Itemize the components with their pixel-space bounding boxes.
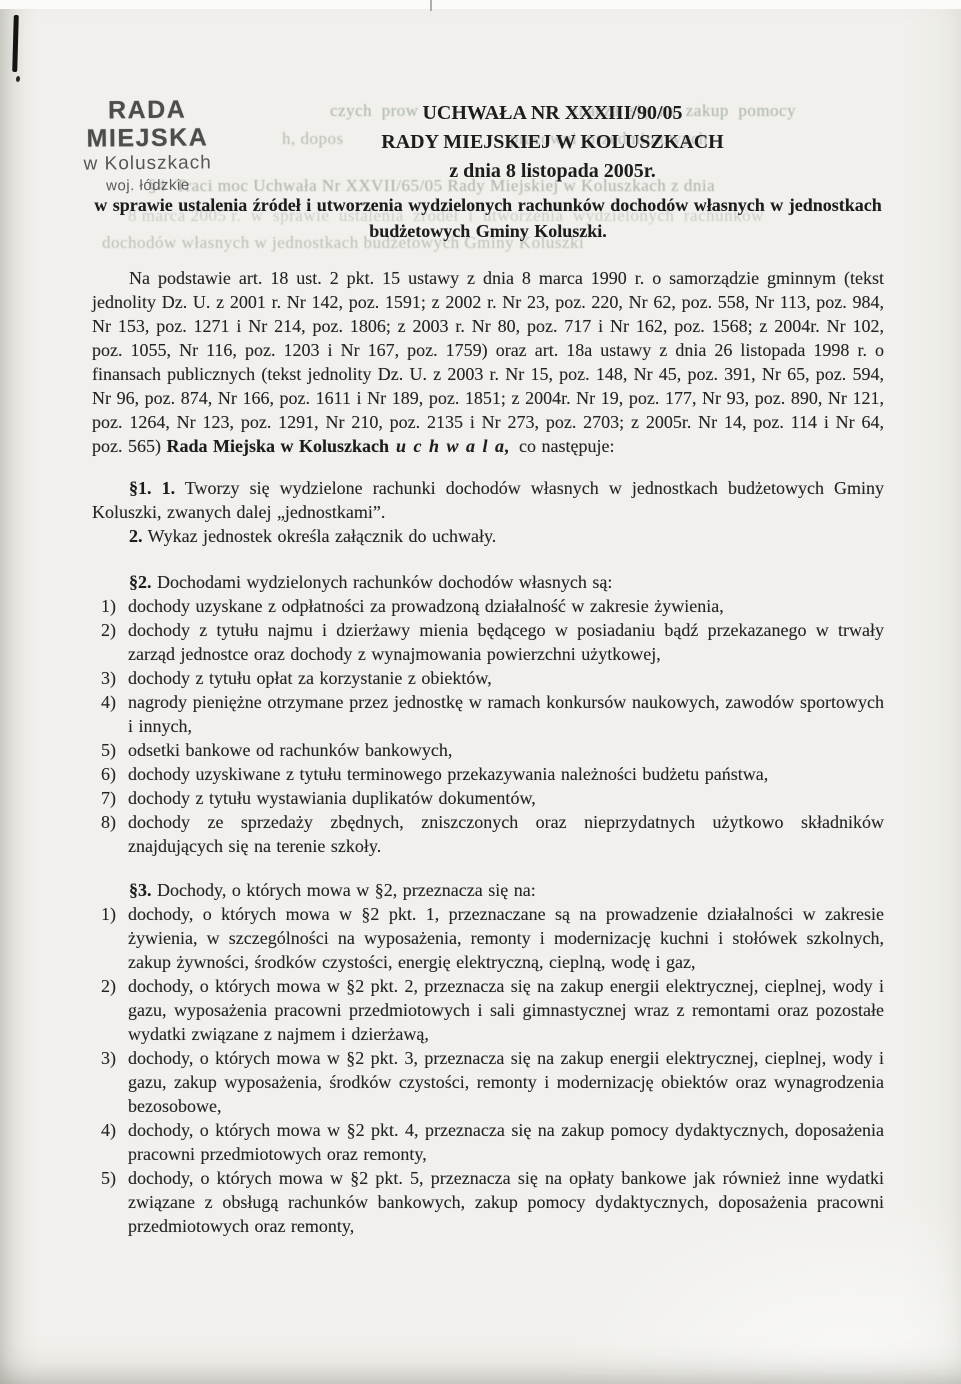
section-1-point-2-marker: 2. <box>129 526 143 546</box>
list-item: 2)dochody z tytułu najmu i dzierżawy mie… <box>92 618 884 666</box>
resolution-council: RADY MIEJSKIEJ W KOLUSZKACH <box>265 128 840 157</box>
section-3-heading-text: Dochody, o których mowa w §2, przeznacza… <box>152 880 536 900</box>
list-item-number: 4) <box>101 1118 116 1142</box>
resolution-date: z dnia 8 listopada 2005r. <box>265 157 840 186</box>
enacting-verb: u c h w a l a, <box>396 436 511 456</box>
list-item-number: 5) <box>101 1166 116 1190</box>
stamp-org-name: RADA MIEJSKA <box>49 95 245 153</box>
scanner-edge-strip <box>0 0 961 9</box>
list-item-number: 3) <box>101 666 116 690</box>
list-item-number: 2) <box>101 618 116 642</box>
list-item: 7)dochody z tytułu wystawiania duplikató… <box>92 786 884 810</box>
list-item-number: 8) <box>101 810 116 834</box>
section-3-heading: §3. Dochody, o których mowa w §2, przezn… <box>92 878 884 902</box>
legal-basis-paragraph: Na podstawie art. 18 ust. 2 pkt. 15 usta… <box>92 266 884 458</box>
council-stamp: RADA MIEJSKA w Koluszkach woj. łódzkie <box>49 95 245 197</box>
scan-tick-mark <box>430 0 432 11</box>
pen-dot-artifact <box>16 76 21 82</box>
section-2-marker: §2. <box>129 572 152 592</box>
list-item-number: 5) <box>101 738 116 762</box>
list-item: 3)dochody, o których mowa w §2 pkt. 3, p… <box>92 1046 884 1118</box>
list-item-text: nagrody pieniężne otrzymane przez jednos… <box>128 692 884 736</box>
list-item-number: 1) <box>101 594 116 618</box>
list-item-number: 3) <box>101 1046 116 1070</box>
list-item: 1)dochody uzyskane z odpłatności za prow… <box>92 594 884 618</box>
resolution-number: UCHWAŁA NR XXXIII/90/05 <box>265 99 840 128</box>
list-item: 6)dochody uzyskiwane z tytułu terminoweg… <box>92 762 884 786</box>
enacting-tail: co następuje: <box>514 436 615 456</box>
issuer-name: Rada Miejska w Koluszkach <box>166 436 389 456</box>
document-body: w sprawie ustalenia źródeł i utworzenia … <box>92 192 884 1238</box>
list-item-text: dochody, o których mowa w §2 pkt. 5, prz… <box>128 1168 884 1236</box>
section-1-text-1: Tworzy się wydzielone rachunki dochodów … <box>92 478 884 522</box>
list-item-number: 2) <box>101 974 116 998</box>
list-item-number: 6) <box>101 762 116 786</box>
list-item: 5)dochody, o których mowa w §2 pkt. 5, p… <box>92 1166 884 1238</box>
list-item-text: dochody uzyskane z odpłatności za prowad… <box>128 596 724 616</box>
list-item-number: 4) <box>101 690 116 714</box>
list-item-text: dochody, o których mowa w §2 pkt. 4, prz… <box>128 1120 884 1164</box>
list-item-text: dochody, o których mowa w §2 pkt. 2, prz… <box>128 976 884 1044</box>
list-item: 1)dochody, o których mowa w §2 pkt. 1, p… <box>92 902 884 974</box>
list-item: 5)odsetki bankowe od rachunków bankowych… <box>92 738 884 762</box>
legal-basis-text: Na podstawie art. 18 ust. 2 pkt. 15 usta… <box>92 268 884 456</box>
section-2-heading-text: Dochodami wydzielonych rachunków dochodó… <box>152 572 613 592</box>
list-item-text: dochody uzyskiwane z tytułu terminowego … <box>128 764 768 784</box>
list-item-text: dochody, o których mowa w §2 pkt. 1, prz… <box>128 904 884 972</box>
list-item: 4)dochody, o których mowa w §2 pkt. 4, p… <box>92 1118 884 1166</box>
section-1-paragraph-1: §1. 1. Tworzy się wydzielone rachunki do… <box>92 476 884 524</box>
section-1-text-2: Wykaz jednostek określa załącznik do uch… <box>143 526 497 546</box>
list-item: 3)dochody z tytułu opłat za korzystanie … <box>92 666 884 690</box>
list-item: 8)dochody ze sprzedaży zbędnych, zniszcz… <box>92 810 884 858</box>
list-item-text: dochody, o których mowa w §2 pkt. 3, prz… <box>128 1048 884 1116</box>
list-item-text: dochody z tytułu wystawiania duplikatów … <box>128 788 536 808</box>
pen-stroke-artifact <box>12 15 19 72</box>
list-item: 2)dochody, o których mowa w §2 pkt. 2, p… <box>92 974 884 1046</box>
section-1-marker: §1. 1. <box>129 478 175 498</box>
section-3-marker: §3. <box>129 880 152 900</box>
section-2-heading: §2. Dochodami wydzielonych rachunków doc… <box>92 570 884 594</box>
list-item: 4)nagrody pieniężne otrzymane przez jedn… <box>92 690 884 738</box>
list-item-number: 7) <box>101 786 116 810</box>
resolution-subject: w sprawie ustalenia źródeł i utworzenia … <box>92 192 884 244</box>
list-item-number: 1) <box>101 902 116 926</box>
scanned-resolution-page: czych prow znacza się na zakup pomocy h,… <box>0 0 961 1384</box>
list-item-text: dochody z tytułu opłat za korzystanie z … <box>128 668 492 688</box>
list-item-text: odsetki bankowe od rachunków bankowych, <box>128 740 452 760</box>
resolution-heading: UCHWAŁA NR XXXIII/90/05 RADY MIEJSKIEJ W… <box>265 99 840 186</box>
list-item-text: dochody z tytułu najmu i dzierżawy mieni… <box>128 620 884 664</box>
list-item-text: dochody ze sprzedaży zbędnych, zniszczon… <box>128 812 884 856</box>
stamp-city: w Koluszkach <box>50 151 245 177</box>
section-1-paragraph-2: 2. Wykaz jednostek określa załącznik do … <box>92 524 884 548</box>
